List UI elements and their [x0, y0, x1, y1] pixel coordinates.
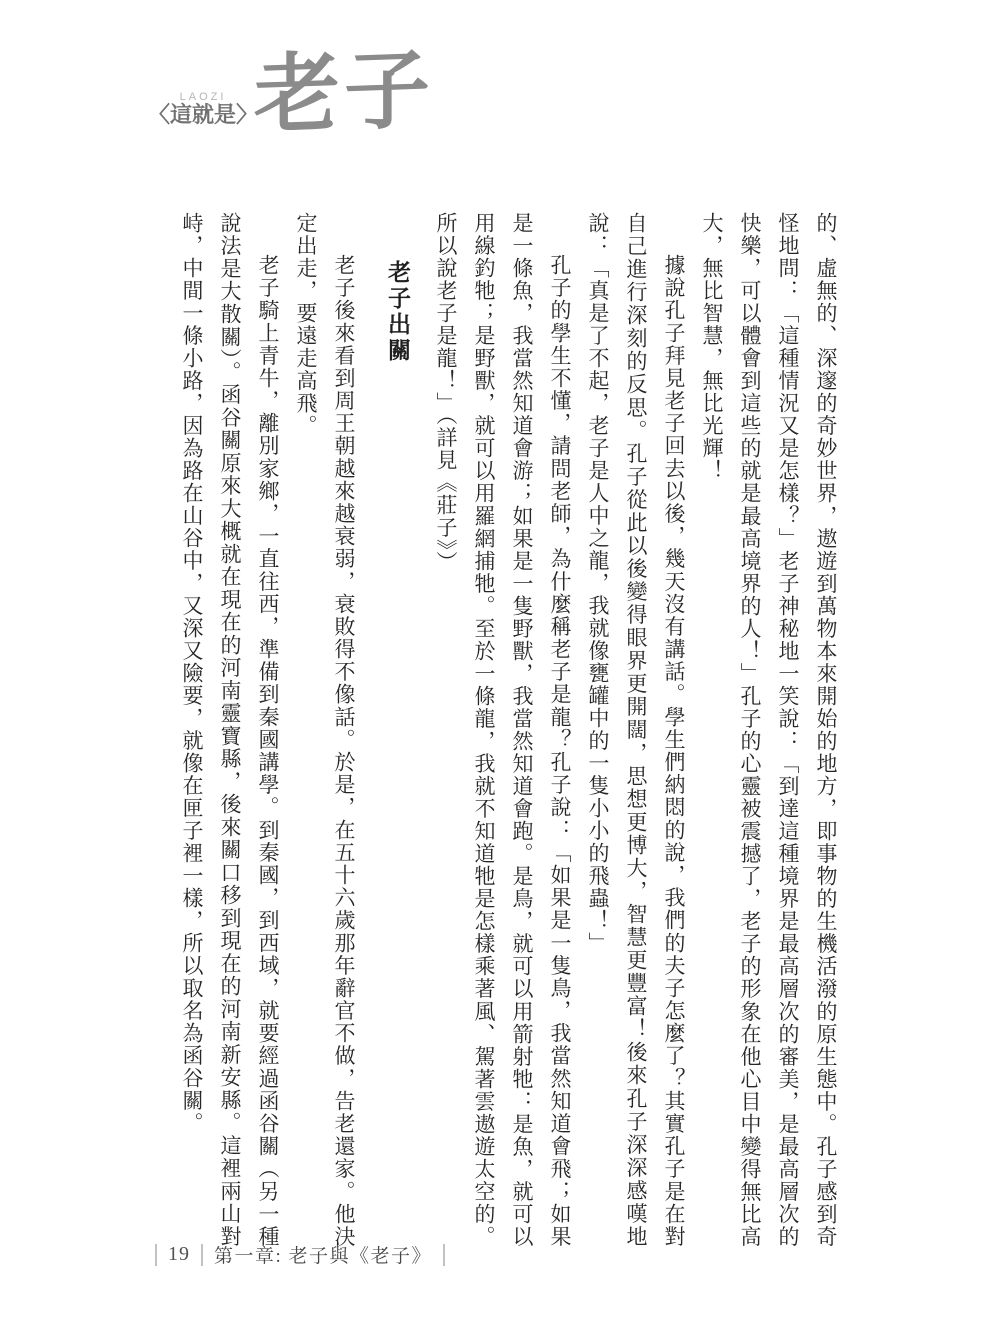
paragraph-2: 據說孔子拜見老子回去以後，幾天沒有講話。學生們納悶的說，我們的夫子怎麼了？其實孔…	[579, 212, 693, 1248]
main-text-block: 的、虛無的、深邃的奇妙世界，遨遊到萬物本來開始的地方，即事物的生機活潑的原生態中…	[173, 212, 845, 1248]
paragraph-3: 孔子的學生不懂，請問老師，為什麼稱老子是龍？孔子說：「如果是一隻鳥，我當然知道會…	[427, 212, 579, 1248]
footer-divider	[155, 1244, 157, 1266]
book-logo: LAOZI 〈這就是〉 老子	[148, 50, 434, 136]
paragraph-1: 的、虛無的、深邃的奇妙世界，遨遊到萬物本來開始的地方，即事物的生機活潑的原生態中…	[693, 212, 845, 1248]
page-number: 19	[168, 1243, 190, 1266]
footer-divider	[443, 1244, 445, 1266]
footer-divider	[201, 1244, 203, 1266]
logo-calligraphy-title: 老子	[254, 47, 434, 139]
paragraph-5: 老子騎上青牛，離別家鄉，一直往西，準備到秦國講學。到秦國，到西域，就要經過函谷關…	[173, 212, 287, 1248]
section-heading: 老子出關	[379, 212, 415, 1248]
paragraph-4: 老子後來看到周王朝越來越衰弱，衰敗得不像話。於是，在五十六歲那年辭官不做，告老還…	[287, 212, 363, 1248]
chapter-title: 第一章: 老子與《老子》	[214, 1241, 432, 1268]
page-footer: 19 第一章: 老子與《老子》	[155, 1241, 456, 1268]
logo-series-label: 〈這就是〉	[148, 103, 258, 127]
book-page: LAOZI 〈這就是〉 老子 的、虛無的、深邃的奇妙世界，遨遊到萬物本來開始的地…	[0, 0, 1000, 1341]
logo-series-block: LAOZI 〈這就是〉	[148, 92, 258, 127]
